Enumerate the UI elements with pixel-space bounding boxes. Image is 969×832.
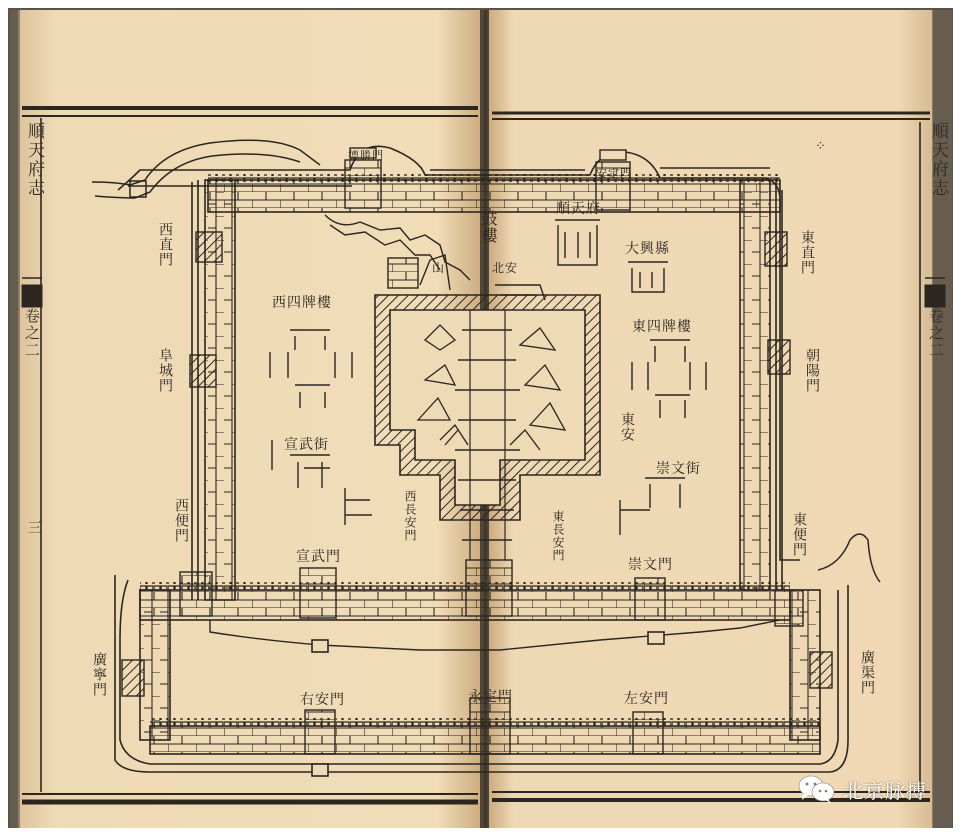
youan-gate-tower [305, 710, 335, 754]
label-xibian-gate: 西便門 [174, 498, 188, 543]
wechat-icon [797, 774, 837, 804]
watermark-text: 北京脉搏 [843, 775, 927, 804]
chongwen-gate-tower [635, 578, 665, 620]
xuanwu-gate-tower [300, 568, 336, 618]
guanganmen-tower [122, 660, 144, 696]
right-margin-title: 順天府志 [926, 122, 951, 198]
xizhi-gate-tower [196, 232, 222, 262]
label-dongan: 東安 [620, 412, 634, 442]
label-chaoyang-gate: 朝陽門 [805, 348, 819, 393]
label-xichanganmen: 西長安門 [404, 490, 416, 542]
label-chongwen-gate: 崇文門 [628, 558, 673, 572]
chaoyang-gate-tower [768, 340, 790, 374]
label-dongchanganmen: 東長安門 [552, 510, 564, 562]
watermark: 北京脉搏 [797, 774, 927, 804]
label-xisipailou: 西四牌樓 [272, 296, 332, 310]
label-guangqu-gate: 廣渠門 [860, 650, 874, 695]
label-gulou: 鼓樓 [480, 210, 496, 244]
label-yongding-gate: 永定門 [468, 690, 513, 704]
label-dongbian-gate: 東便門 [792, 512, 806, 557]
fucheng-gate-tower [190, 355, 216, 387]
zhengyang-gate-tower [466, 560, 512, 616]
label-shuntianfu: 順天府 [556, 202, 601, 216]
dongzhi-gate-tower [765, 232, 787, 266]
svg-text:⁘: ⁘ [815, 139, 826, 154]
label-hill: 山 [432, 262, 445, 274]
left-margin-volume: 卷之二 [22, 308, 43, 359]
left-page-number: 三 [24, 520, 44, 536]
map-canvas: ⁘ [0, 0, 969, 832]
label-xizhi-gate: 西直門 [158, 222, 172, 267]
label-daxingxian: 大興縣 [625, 242, 670, 256]
yongding-gate-tower [470, 698, 510, 754]
label-dongsipailou: 東四牌樓 [632, 320, 692, 334]
label-youan-gate: 右安門 [300, 693, 345, 707]
guangqu-tower [810, 652, 832, 688]
label-fucheng-gate: 阜城門 [158, 348, 172, 393]
label-beian: 北安 [492, 262, 518, 274]
label-chongwenjie: 崇文街 [656, 462, 701, 476]
zuoan-gate-tower [633, 712, 663, 754]
book-spread: ⁘ 順天府志 卷之二 三 順天府志 卷之二 德勝門 安定門 西直門 阜城門 西便… [0, 0, 969, 832]
label-zuoan-gate: 左安門 [624, 692, 669, 706]
dongbian-gate-tower [775, 590, 803, 626]
label-dongzhi-gate: 東直門 [800, 230, 814, 275]
label-xuanwujie: 宣武街 [284, 438, 329, 452]
xibian-gate-tower [180, 572, 212, 616]
label-desheng-gate: 德勝門 [348, 150, 384, 161]
right-margin-volume: 卷之二 [926, 308, 947, 359]
label-anding-gate: 安定門 [596, 168, 632, 179]
anding-gate-tower [596, 150, 630, 210]
label-guanganmen-gate: 廣寧門 [92, 652, 106, 697]
label-xuanwu-gate: 宣武門 [296, 550, 341, 564]
left-margin-title: 順天府志 [22, 122, 47, 198]
